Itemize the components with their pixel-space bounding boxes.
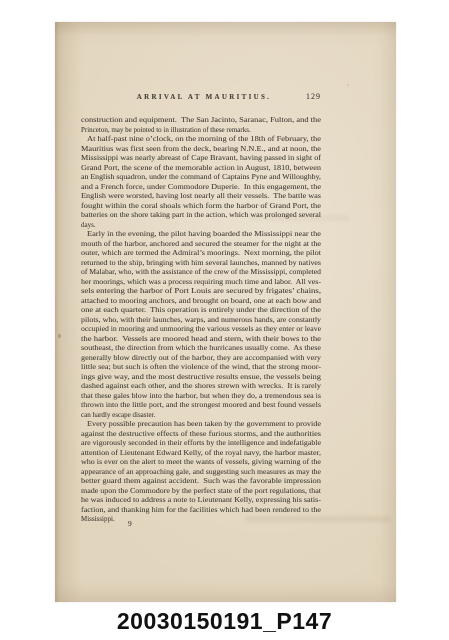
paragraph: Early in the evening, the pilot having b… [81, 223, 321, 413]
text-block: ARRIVAL AT MAURITIUS. 129 construction a… [81, 92, 321, 528]
book-page: ARRIVAL AT MAURITIUS. 129 construction a… [55, 22, 396, 602]
page-number: 129 [306, 92, 321, 102]
text-line: Early in the evening, the pilot having b… [81, 223, 321, 233]
foxing-speck [58, 334, 61, 338]
scan-photo: ARRIVAL AT MAURITIUS. 129 construction a… [0, 0, 449, 640]
text-line: construction and equipment. The San Jaci… [81, 109, 321, 119]
paragraph: Every possible precaution has been taken… [81, 413, 321, 518]
paragraph: At half-past nine o’clock, on the mornin… [81, 128, 321, 223]
page-body: construction and equipment. The San Jaci… [81, 109, 321, 518]
foxing-speck [347, 84, 349, 86]
running-head: ARRIVAL AT MAURITIUS. 129 [81, 92, 321, 102]
running-head-title: ARRIVAL AT MAURITIUS. [81, 92, 321, 102]
signature-mark: 9 [81, 519, 321, 529]
paragraph: construction and equipment. The San Jaci… [81, 109, 321, 128]
photo-caption: 20030150191_P147 [0, 608, 449, 635]
